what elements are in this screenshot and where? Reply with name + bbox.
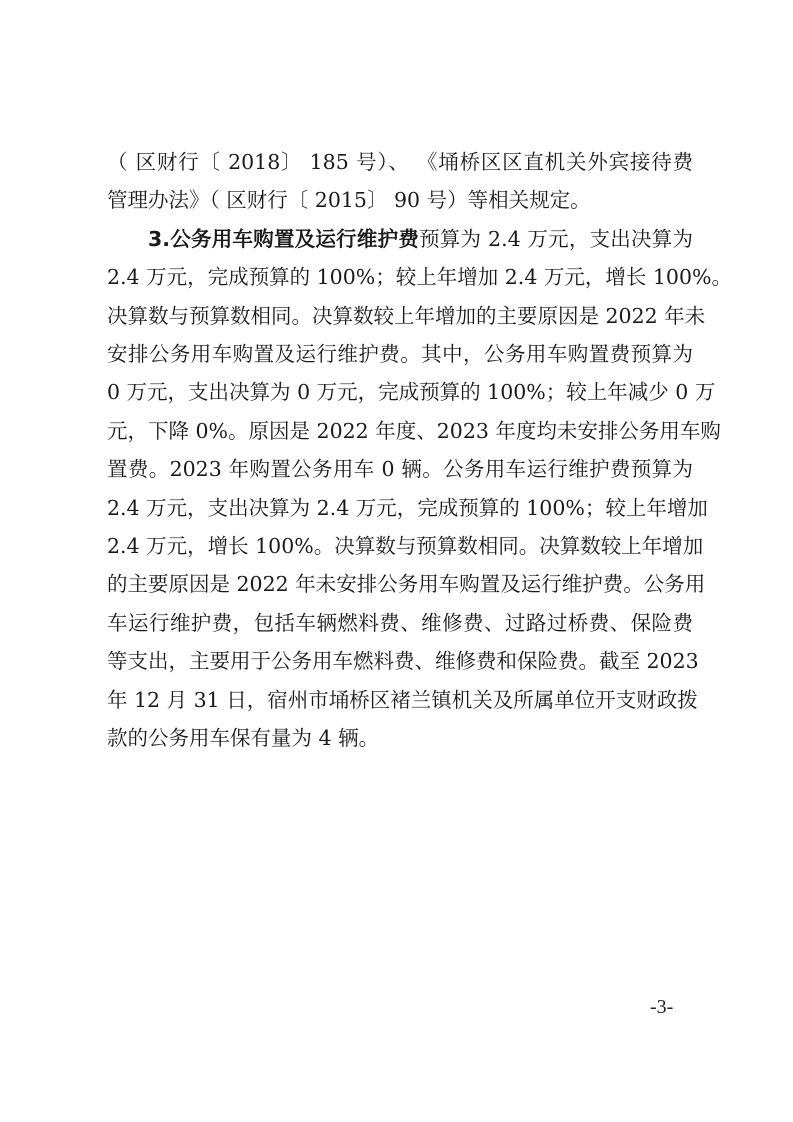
text-line: 等支出，主要用于公务用车燃料费、维修费和保险费。截至 2023	[107, 642, 693, 680]
page-number: -3-	[650, 996, 673, 1019]
text-line: 2.4 万元，完成预算的 100%；较上年增加 2.4 万元，增长 100%。	[107, 258, 693, 296]
document-body: （ 区财行〔 2018〕 185 号）、 《埇桥区区直机关外宾接待费 管理办法》…	[107, 143, 693, 758]
text-line: 0 万元，支出决算为 0 万元，完成预算的 100%；较上年减少 0 万	[107, 373, 693, 411]
text-line: 2.4 万元，增长 100%。决算数与预算数相同。决算数较上年增加	[107, 527, 693, 565]
section-heading: 3.公务用车购置及运行维护费	[148, 227, 419, 251]
text-line: 元，下降 0%。原因是 2022 年度、2023 年度均未安排公务用车购	[107, 412, 693, 450]
paragraph-regulations: （ 区财行〔 2018〕 185 号）、 《埇桥区区直机关外宾接待费 管理办法》…	[107, 143, 693, 220]
paragraph-vehicle-expenses: 3.公务用车购置及运行维护费预算为 2.4 万元，支出决算为 2.4 万元，完成…	[107, 220, 693, 758]
text-line: 安排公务用车购置及运行维护费。其中，公务用车购置费预算为	[107, 335, 693, 373]
text-line: 决算数与预算数相同。决算数较上年增加的主要原因是 2022 年未	[107, 297, 693, 335]
text-line: （ 区财行〔 2018〕 185 号）、 《埇桥区区直机关外宾接待费	[107, 143, 693, 181]
text-line: 置费。2023 年购置公务用车 0 辆。公务用车运行维护费预算为	[107, 450, 693, 488]
text-line: 的主要原因是 2022 年未安排公务用车购置及运行维护费。公务用	[107, 565, 693, 603]
text-line: 年 12 月 31 日，宿州市埇桥区褚兰镇机关及所属单位开支财政拨	[107, 681, 693, 719]
text-line: 车运行维护费，包括车辆燃料费、维修费、过路过桥费、保险费	[107, 604, 693, 642]
text-line: 管理办法》（ 区财行〔 2015〕 90 号）等相关规定。	[107, 181, 693, 219]
text-line: 款的公务用车保有量为 4 辆。	[107, 719, 693, 757]
text-segment: 预算为 2.4 万元，支出决算为	[419, 227, 693, 251]
text-line: 3.公务用车购置及运行维护费预算为 2.4 万元，支出决算为	[107, 220, 693, 258]
text-line: 2.4 万元，支出决算为 2.4 万元，完成预算的 100%；较上年增加	[107, 489, 693, 527]
